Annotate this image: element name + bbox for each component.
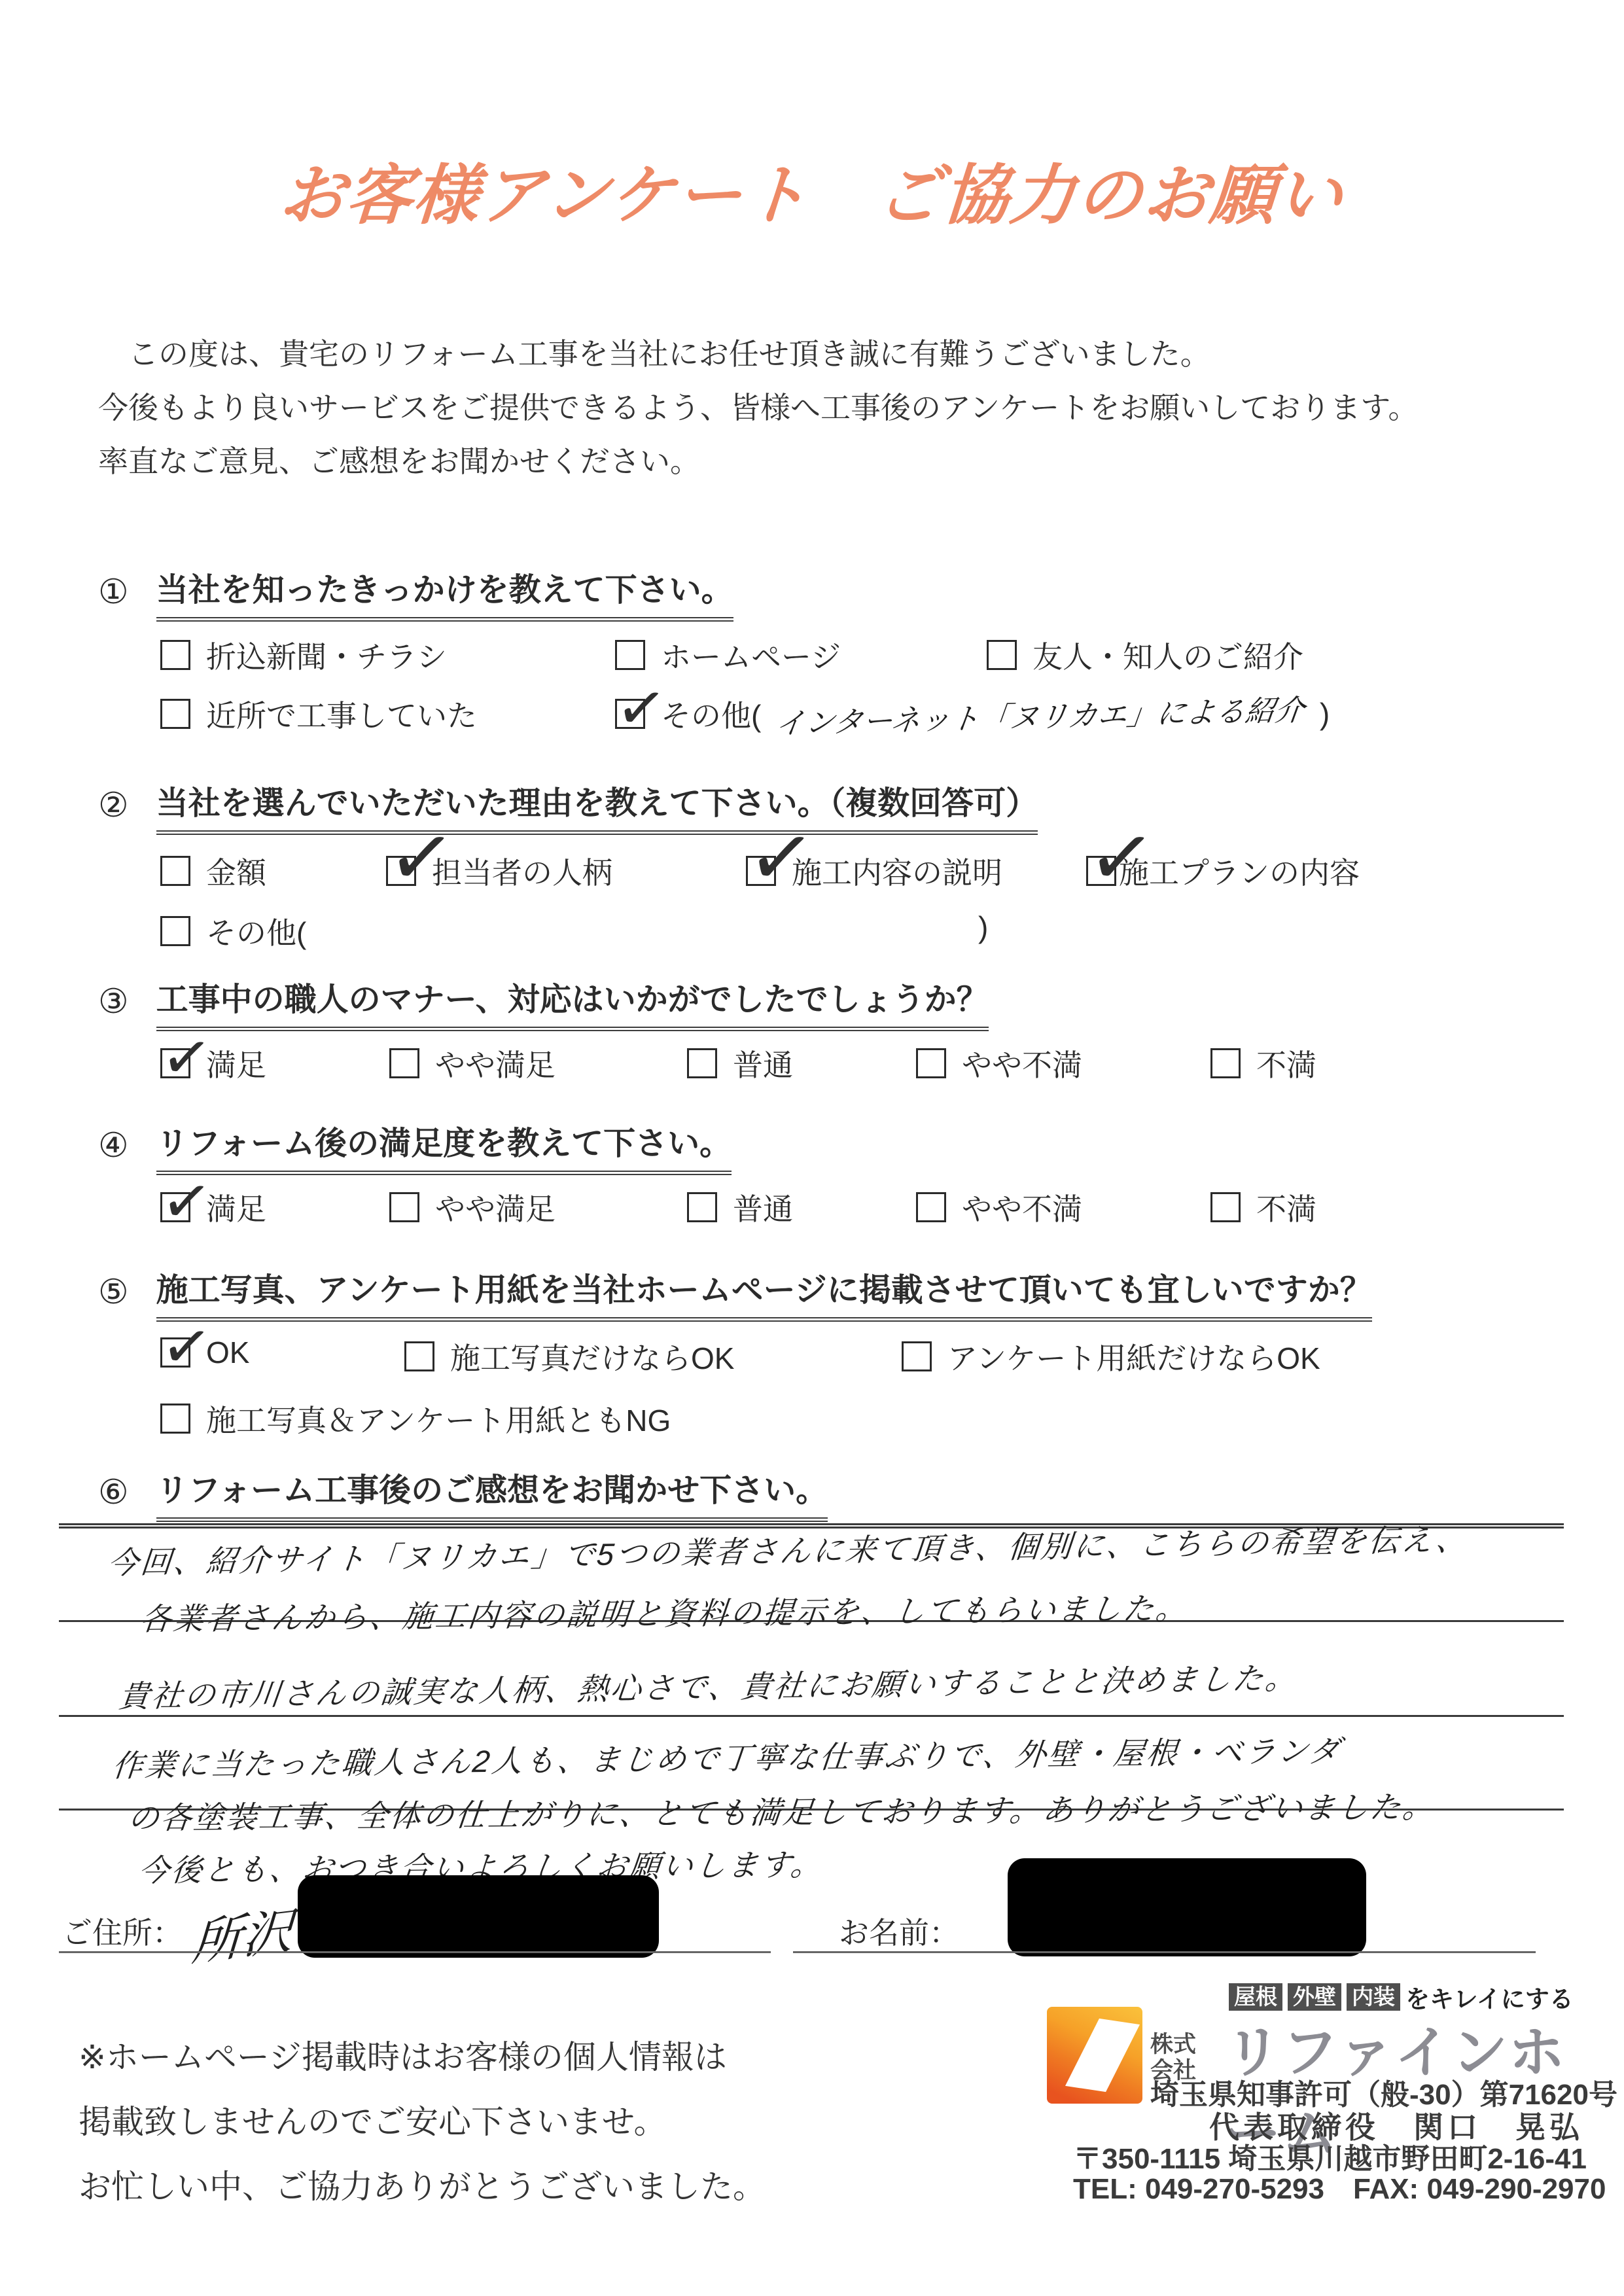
- page-title: お客様アンケート ご協力のお願い: [0, 143, 1624, 237]
- option-label: その他(: [206, 910, 306, 953]
- redaction-box-name: [1008, 1858, 1366, 1956]
- question-3-heading: ③ 工事中の職人のマナー、対応はいかがでしたでしょうか？: [98, 980, 989, 1031]
- company-tel-fax: TEL: 049-270-5293 FAX: 049-290-2970: [1073, 2165, 1606, 2207]
- q5-option-photos-only[interactable]: 施工写真だけならOK: [404, 1335, 734, 1378]
- question-3-text: 工事中の職人のマナー、対応はいかがでしたでしょうか？: [156, 980, 989, 1031]
- comment-rule-line: [59, 1715, 1564, 1717]
- intro-line-2: 今後もより良いサービスをご提供できるよう、皆様へ工事後のアンケートをお願いしてお…: [98, 381, 1557, 434]
- checkbox-q5-ok-checked[interactable]: ✓: [160, 1337, 190, 1368]
- q1-option-homepage[interactable]: ホームページ: [615, 633, 841, 677]
- checkbox-q1-homepage[interactable]: [615, 640, 645, 670]
- question-6-number: ⑥: [98, 1471, 129, 1515]
- option-label: 近所で工事していた: [206, 692, 477, 735]
- checkbox-q2-plan-checked[interactable]: ✓: [1086, 856, 1116, 886]
- question-1-number: ①: [98, 571, 129, 615]
- option-close-paren: ): [978, 910, 988, 945]
- option-label: やや不満: [962, 1042, 1082, 1085]
- checkbox-q1-flyer[interactable]: [160, 640, 190, 670]
- q2-option-other[interactable]: その他(: [160, 910, 306, 953]
- question-2-number: ②: [98, 784, 129, 828]
- privacy-note: ※ホームページ掲載時はお客様の個人情報は 掲載致しませんのでご安心下さいませ。 …: [79, 2025, 766, 2219]
- checkmark-icon: ✓: [1084, 821, 1159, 896]
- question-4-number: ④: [98, 1124, 129, 1169]
- option-label: 満足: [206, 1042, 266, 1085]
- question-3-number: ③: [98, 980, 129, 1025]
- option-label: その他(: [661, 692, 761, 735]
- company-type-line-1: 株式: [1150, 2032, 1196, 2058]
- checkmark-icon: ✓: [744, 821, 819, 896]
- q3-option-somewhat-dissatisfied[interactable]: やや不満: [916, 1042, 1082, 1085]
- checkmark-icon: ✓: [613, 680, 669, 737]
- checkbox-q4-neutral[interactable]: [687, 1192, 717, 1222]
- q4-option-satisfied[interactable]: ✓ 満足: [160, 1186, 266, 1229]
- logo-arrow-shape: [1065, 2019, 1140, 2092]
- option-label: ホームページ: [661, 633, 841, 677]
- question-6-heading: ⑥ リフォーム工事後のご感想をお聞かせ下さい。: [98, 1471, 828, 1522]
- option-label: 友人・知人のご紹介: [1033, 633, 1303, 677]
- question-4-text: リフォーム後の満足度を教えて下さい。: [156, 1124, 732, 1175]
- option-label: 施工内容の説明: [792, 849, 1002, 892]
- q2-option-personality[interactable]: ✓ 担当者の人柄: [386, 849, 612, 892]
- option-label: やや不満: [962, 1186, 1082, 1229]
- checkmark-icon: ✓: [158, 1029, 215, 1086]
- question-1-heading: ① 当社を知ったきっかけを教えて下さい。: [98, 571, 733, 622]
- question-2-text: 当社を選んでいただいた理由を教えて下さい。（複数回答可）: [156, 784, 1038, 835]
- checkbox-q3-satisfied-checked[interactable]: ✓: [160, 1048, 190, 1078]
- option-label: 不満: [1256, 1186, 1316, 1229]
- address-label: ご住所：: [62, 1909, 183, 1952]
- survey-document: お客様アンケート ご協力のお願い この度は、貴宅のリフォーム工事を当社にお任せ頂…: [0, 0, 1624, 2296]
- checkbox-q1-referral[interactable]: [987, 640, 1017, 670]
- q2-other-close-paren: ): [978, 910, 988, 945]
- option-close-paren: ): [1320, 696, 1330, 732]
- checkbox-q5-both-ng[interactable]: [160, 1404, 190, 1434]
- option-label: アンケート用紙だけならOK: [947, 1335, 1320, 1378]
- privacy-note-line-2: 掲載致しませんのでご安心下さいませ。: [79, 2090, 766, 2155]
- checkbox-q5-photos-only[interactable]: [404, 1341, 434, 1371]
- option-label: 普通: [733, 1186, 793, 1229]
- q4-option-somewhat-dissatisfied[interactable]: やや不満: [916, 1186, 1082, 1229]
- q3-option-neutral[interactable]: 普通: [687, 1042, 793, 1085]
- checkmark-icon: ✓: [158, 1173, 215, 1230]
- option-label: 金額: [206, 849, 266, 892]
- handwritten-other-source: インターネット「ヌリカエ」による紹介: [773, 686, 1307, 742]
- checkbox-q1-neighborhood[interactable]: [160, 699, 190, 729]
- checkbox-q4-somewhat-satisfied[interactable]: [389, 1192, 419, 1222]
- checkbox-q3-dissatisfied[interactable]: [1210, 1048, 1241, 1078]
- checkbox-q4-somewhat-dissatisfied[interactable]: [916, 1192, 946, 1222]
- option-label: やや満足: [435, 1042, 556, 1085]
- checkmark-icon: ✓: [158, 1318, 215, 1375]
- q3-option-somewhat-satisfied[interactable]: やや満足: [389, 1042, 556, 1085]
- checkbox-q3-somewhat-satisfied[interactable]: [389, 1048, 419, 1078]
- q2-option-explanation[interactable]: ✓ 施工内容の説明: [746, 849, 1002, 892]
- option-label: 不満: [1256, 1042, 1316, 1085]
- comment-line-4: 作業に当たった職人さん2人も、まじめで丁寧な仕事ぶりで、外壁・屋根・ベランダ: [111, 1727, 1344, 1786]
- name-label: お名前：: [839, 1909, 959, 1952]
- checkbox-q2-personality-checked[interactable]: ✓: [386, 856, 416, 886]
- checkmark-icon: ✓: [384, 821, 459, 896]
- question-4-heading: ④ リフォーム後の満足度を教えて下さい。: [98, 1124, 732, 1175]
- question-5-heading: ⑤ 施工写真、アンケート用紙を当社ホームページに掲載させて頂いても宜しいですか？: [98, 1271, 1372, 1322]
- q2-option-plan[interactable]: ✓ 施工プランの内容: [1086, 849, 1360, 892]
- question-1-text: 当社を知ったきっかけを教えて下さい。: [156, 571, 733, 622]
- q4-option-neutral[interactable]: 普通: [687, 1186, 793, 1229]
- checkbox-q3-neutral[interactable]: [687, 1048, 717, 1078]
- intro-paragraph: この度は、貴宅のリフォーム工事を当社にお任せ頂き誠に有難うございました。 今後も…: [98, 327, 1557, 488]
- comment-line-5: の各塗装工事、全体の仕上がりに、とても満足しております。ありがとうございました。: [126, 1783, 1438, 1838]
- question-2-heading: ② 当社を選んでいただいた理由を教えて下さい。（複数回答可）: [98, 784, 1038, 835]
- checkbox-q4-dissatisfied[interactable]: [1210, 1192, 1241, 1222]
- comment-line-3: 貴社の市川さんの誠実な人柄、熱心さで、貴社にお願いすることと決めました。: [116, 1654, 1300, 1716]
- privacy-note-line-1: ※ホームページ掲載時はお客様の個人情報は: [79, 2025, 766, 2090]
- checkbox-q1-other-checked[interactable]: ✓: [615, 699, 645, 729]
- option-label: 担当者の人柄: [432, 849, 612, 892]
- option-label: 満足: [206, 1186, 266, 1229]
- q5-option-both-ng[interactable]: 施工写真＆アンケート用紙ともNG: [160, 1397, 671, 1440]
- comment-line-2: 各業者さんから、施工内容の説明と資料の提示を、してもらいました。: [139, 1584, 1191, 1639]
- checkbox-q4-satisfied-checked[interactable]: ✓: [160, 1192, 190, 1222]
- q1-option-referral[interactable]: 友人・知人のご紹介: [987, 633, 1303, 677]
- q4-option-dissatisfied[interactable]: 不満: [1210, 1186, 1316, 1229]
- option-label: 施工写真＆アンケート用紙ともNG: [206, 1397, 671, 1440]
- question-6-text: リフォーム工事後のご感想をお聞かせ下さい。: [156, 1471, 828, 1522]
- option-label: 施工写真だけならOK: [450, 1335, 734, 1378]
- checkbox-q5-survey-only[interactable]: [902, 1341, 932, 1371]
- option-label: 折込新聞・チラシ: [206, 633, 447, 677]
- intro-line-1: この度は、貴宅のリフォーム工事を当社にお任せ頂き誠に有難うございました。: [98, 327, 1557, 381]
- q5-option-ok[interactable]: ✓ OK: [160, 1335, 249, 1370]
- q1-option-other[interactable]: ✓ その他( インターネット「ヌリカエ」による紹介 ): [615, 692, 1330, 735]
- checkbox-q2-explanation-checked[interactable]: ✓: [746, 856, 776, 886]
- checkbox-q3-somewhat-dissatisfied[interactable]: [916, 1048, 946, 1078]
- q3-option-satisfied[interactable]: ✓ 満足: [160, 1042, 266, 1085]
- q1-option-flyer[interactable]: 折込新聞・チラシ: [160, 633, 447, 677]
- q2-option-price[interactable]: 金額: [160, 849, 266, 892]
- privacy-note-line-3: お忙しい中、ご協力ありがとうございました。: [79, 2155, 766, 2219]
- q1-option-neighborhood[interactable]: 近所で工事していた: [160, 692, 477, 735]
- name-underline: [793, 1951, 1536, 1953]
- question-5-text: 施工写真、アンケート用紙を当社ホームページに掲載させて頂いても宜しいですか？: [156, 1271, 1372, 1322]
- company-logo-icon: [1047, 2007, 1142, 2104]
- q5-option-survey-only[interactable]: アンケート用紙だけならOK: [902, 1335, 1320, 1378]
- question-5-number: ⑤: [98, 1271, 129, 1315]
- intro-line-3: 率直なご意見、ご感想をお聞かせください。: [98, 434, 1557, 488]
- option-label: やや満足: [435, 1186, 556, 1229]
- q3-option-dissatisfied[interactable]: 不満: [1210, 1042, 1316, 1085]
- option-label: 普通: [733, 1042, 793, 1085]
- q4-option-somewhat-satisfied[interactable]: やや満足: [389, 1186, 556, 1229]
- address-underline: [59, 1951, 771, 1953]
- redaction-box-address: [298, 1875, 659, 1958]
- checkbox-q2-other[interactable]: [160, 916, 190, 946]
- checkbox-q2-price[interactable]: [160, 856, 190, 886]
